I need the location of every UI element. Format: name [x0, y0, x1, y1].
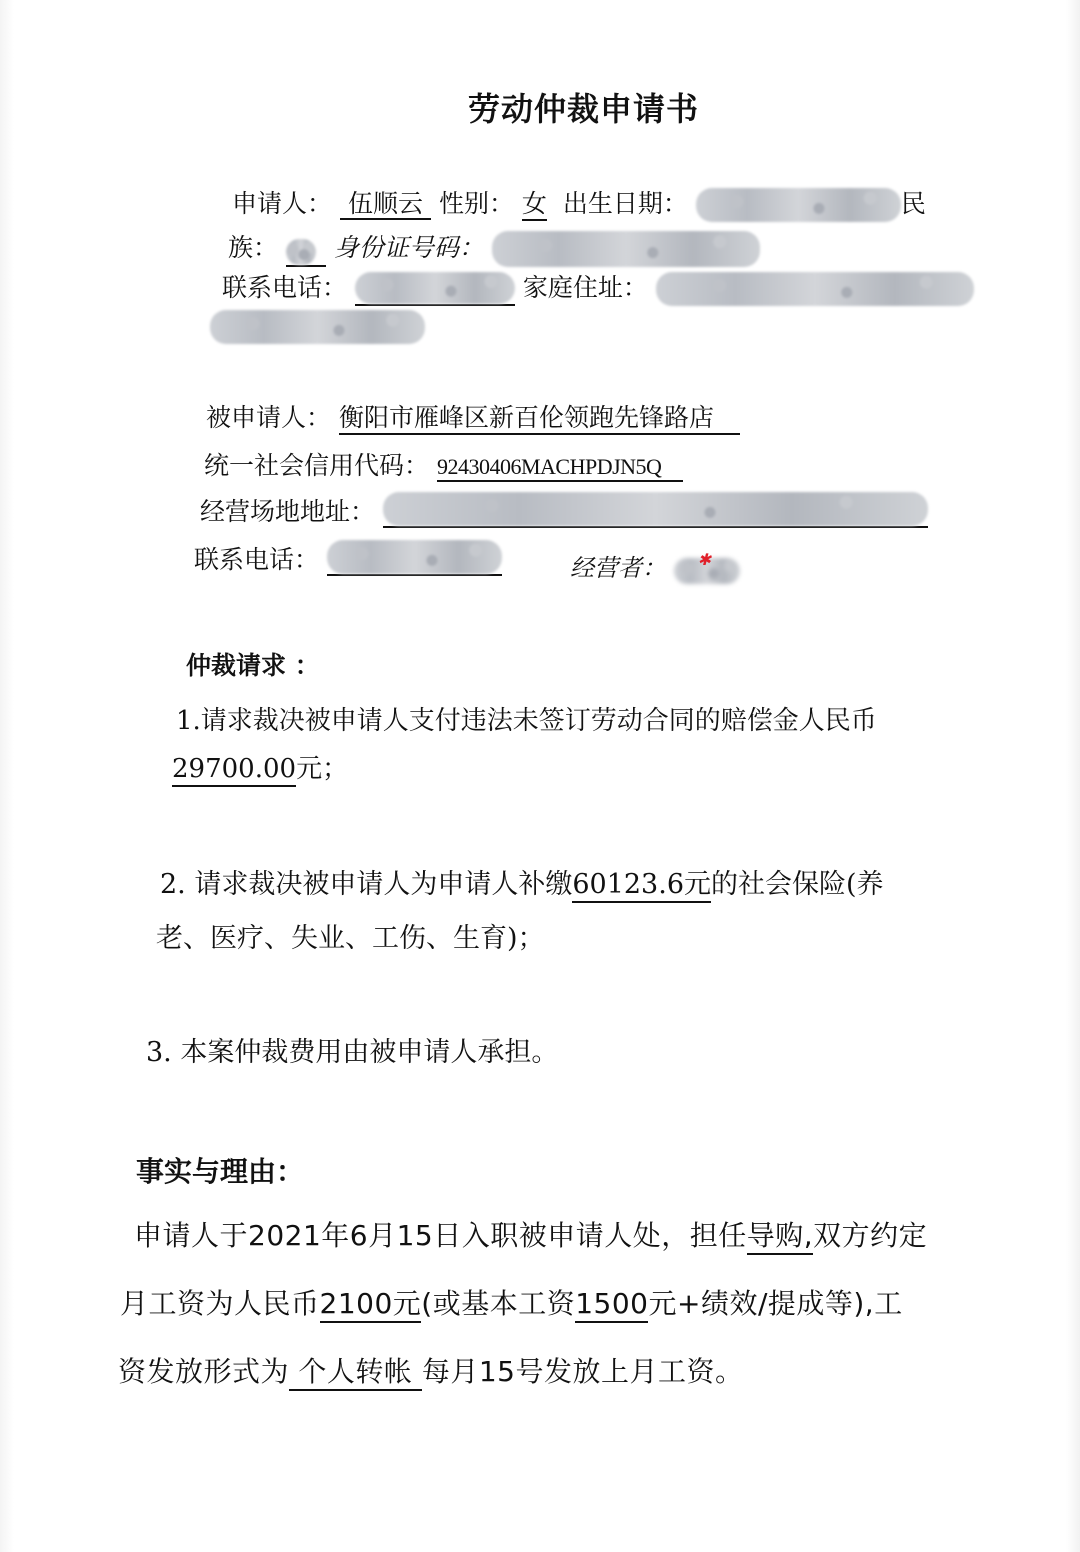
- facts-line-1-text-b: 双方约定: [813, 1219, 927, 1252]
- claim-1-suffix: 元；: [296, 754, 348, 784]
- facts-line-1: 申请人于2021年6月15日入职被申请人处，担任导购,双方约定: [134, 1214, 927, 1254]
- respondent-name: 衡阳市雁峰区新百伦领跑先锋路店: [339, 403, 740, 435]
- claim-2-line-1: 2. 请求裁决被申请人为申请人补缴60123.6元的社会保险(养: [160, 862, 884, 901]
- applicant-name-label: 申请人：: [232, 189, 332, 218]
- base-salary: 1500: [575, 1287, 648, 1323]
- redacted-ethnicity: [286, 239, 316, 265]
- pay-method: 个人转帐: [289, 1355, 422, 1391]
- redacted-applicant-phone: [355, 272, 515, 304]
- facts-line-2-text-a: 月工资为人民币: [120, 1287, 320, 1320]
- gender-label: 性别：: [439, 189, 514, 218]
- monthly-salary: 2100元: [320, 1287, 422, 1323]
- claim-2-prefix: 2. 请求裁决被申请人为申请人补缴: [160, 869, 572, 900]
- ethnicity-label-a: 民: [901, 189, 926, 218]
- facts-line-3-text-a: 资发放形式为: [118, 1355, 289, 1388]
- applicant-phone-label: 联系电话：: [222, 273, 347, 302]
- claim-1-line-2: 29700.00元；: [172, 748, 348, 785]
- facts-line-2: 月工资为人民币2100元(或基本工资1500元+绩效/提成等),工: [120, 1282, 903, 1322]
- document-title: 劳动仲裁申请书: [468, 84, 699, 130]
- facts-line-3: 资发放形式为 个人转帐 每月15号发放上月工资。: [118, 1350, 743, 1390]
- operator-signature: ✱: [674, 554, 744, 586]
- operator-label: 经营者：: [570, 554, 666, 582]
- business-address-label: 经营场地地址：: [200, 497, 375, 526]
- redacted-id-number: [492, 231, 760, 267]
- facts-line-1-text-a: 申请人于2021年6月15日入职被申请人处，担任: [134, 1219, 747, 1252]
- facts-line-2-text-c: 元+绩效/提成等),工: [648, 1287, 902, 1320]
- respondent-phone-label: 联系电话：: [194, 545, 319, 574]
- claims-heading: 仲裁请求 ：: [186, 646, 320, 682]
- redacted-business-address: [383, 492, 928, 526]
- claim-2-suffix: 的社会保险(养: [711, 869, 884, 900]
- applicant-line-2: 族： 身份证号码：: [228, 228, 760, 267]
- red-seal-mark: ✱: [698, 550, 711, 569]
- claim-2-amount: 60123.6元: [572, 869, 711, 903]
- applicant-line-3: 联系电话： 家庭住址：: [222, 268, 974, 306]
- respondent-label: 被申请人：: [206, 403, 331, 432]
- id-number-label: 身份证号码：: [334, 233, 484, 262]
- credit-code: 92430406MACHPDJN5Q: [437, 454, 683, 482]
- document-page: 劳动仲裁申请书 申请人： 伍顺云 性别： 女 出生日期： 民 族： 身份证号码：…: [0, 0, 1080, 1552]
- applicant-line-1: 申请人： 伍顺云 性别： 女 出生日期： 民: [232, 184, 926, 222]
- respondent-line-3: 经营场地地址：: [200, 492, 928, 528]
- facts-heading: 事实与理由：: [136, 1150, 304, 1190]
- redacted-birth-date: [696, 188, 901, 222]
- claim-2-line-2: 老、医疗、失业、工伤、生育)；: [156, 916, 545, 955]
- respondent-line-4: 联系电话：: [194, 540, 502, 576]
- claim-1-line-1: 1.请求裁决被申请人支付违法未签订劳动合同的赔偿金人民币: [176, 700, 877, 737]
- respondent-line-1: 被申请人： 衡阳市雁峰区新百伦领跑先锋路店: [206, 398, 740, 434]
- applicant-name: 伍顺云: [340, 189, 431, 220]
- claim-3: 3. 本案仲裁费用由被申请人承担。: [146, 1030, 558, 1069]
- birth-label: 出生日期：: [563, 189, 688, 218]
- redacted-home-address-cont: [210, 310, 425, 344]
- respondent-line-2: 统一社会信用代码： 92430406MACHPDJN5Q: [204, 446, 683, 482]
- ethnicity-label-b: 族：: [228, 233, 278, 262]
- credit-code-label: 统一社会信用代码：: [204, 451, 429, 480]
- facts-line-3-text-b: 每月15号发放上月工资。: [422, 1355, 744, 1388]
- job-position: 导购,: [747, 1219, 813, 1255]
- operator-signature-block: 经营者： ✱: [570, 548, 744, 586]
- applicant-gender: 女: [522, 189, 547, 221]
- home-address-label: 家庭住址：: [523, 273, 648, 302]
- facts-line-2-text-b: (或基本工资: [421, 1287, 575, 1320]
- redacted-respondent-phone: [327, 540, 502, 574]
- redacted-home-address: [656, 272, 974, 306]
- claim-1-amount: 29700.00: [172, 754, 296, 787]
